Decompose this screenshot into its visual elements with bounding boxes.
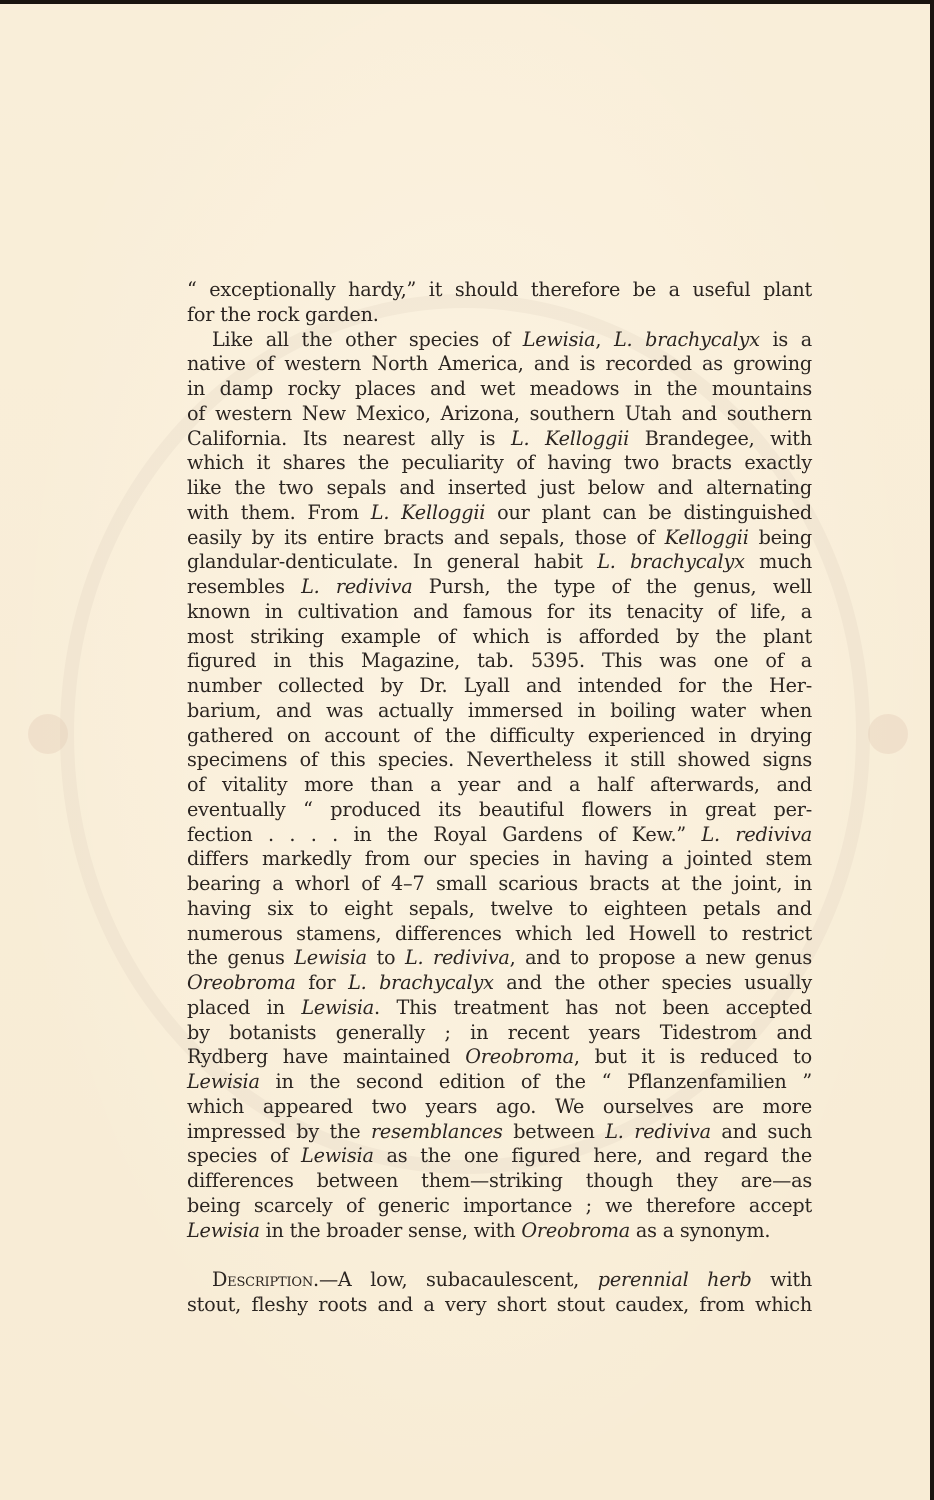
text-run: being scarcely of generic importance ; w… [187,1194,812,1217]
italic-term: L. brachycalyx [597,550,744,573]
text-run: eventually “ produced its beautiful flow… [187,798,812,821]
text-run: easily by its entire bracts and sepals, … [187,526,665,549]
text-run: Rydberg have maintained [187,1045,465,1068]
italic-term: L. rediviva [301,575,412,598]
text-line: which it shares the peculiarity of havin… [187,451,812,476]
text-line: impressed by the resemblances between L.… [187,1120,812,1145]
text-line: glandular-denticulate. In general habit … [187,550,812,575]
text-run: Brandegee, with [629,427,812,450]
text-line: resembles L. rediviva Pursh, the type of… [187,575,812,600]
text-line: known in cultivation and famous for its … [187,600,812,625]
text-run: figured in this Magazine, tab. 5395. Thi… [187,649,812,672]
text-run: placed in [187,996,301,1019]
text-run: , but it is reduced to [574,1045,812,1068]
italic-term: Oreobroma [521,1219,630,1242]
text-line: native of western North America, and is … [187,352,812,377]
text-run: most striking example of which is afford… [187,625,812,648]
text-run: barium, and was actually immersed in boi… [187,699,812,722]
watermark-dot-right [868,714,908,754]
italic-term: Lewisia [301,1144,374,1167]
text-run: differs markedly from our species in hav… [187,847,812,870]
text-line: differences between them—striking though… [187,1169,812,1194]
text-run: in damp rocky places and wet meadows in … [187,377,812,400]
italic-term: L. rediviva [701,823,812,846]
paragraph-gap [187,1243,812,1268]
italic-term: Lewisia [301,996,374,1019]
text-line: Rydberg have maintained Oreobroma, but i… [187,1045,812,1070]
text-line: easily by its entire bracts and sepals, … [187,526,812,551]
text-line: fection . . . . in the Royal Gardens of … [187,823,812,848]
watermark-dot-left [28,714,68,754]
text-run: in the broader sense, with [260,1219,522,1242]
text-run: , [595,328,614,351]
text-line: of western New Mexico, Arizona, southern… [187,402,812,427]
italic-term: L. brachycalyx [614,328,760,351]
text-run: like the two sepals and inserted just be… [187,476,812,499]
text-run: is a [760,328,812,351]
text-run: for the rock garden. [187,303,379,326]
text-line: “ exceptionally hardy,” it should theref… [187,278,812,303]
text-line: California. Its nearest ally is L. Kello… [187,427,812,452]
text-run: native of western North America, and is … [187,352,812,375]
text-run: between [503,1120,606,1143]
text-line: differs markedly from our species in hav… [187,847,812,872]
text-run: California. Its nearest ally is [187,427,511,450]
text-line: number collected by Dr. Lyall and intend… [187,674,812,699]
text-line: numerous stamens, differences which led … [187,922,812,947]
text-line: for the rock garden. [187,303,812,328]
text-line: placed in Lewisia. This treatment has no… [187,996,812,1021]
text-run: differences between them—striking though… [187,1169,812,1192]
text-run: specimens of this species. Nevertheless … [187,748,812,771]
text-line: Like all the other species of Lewisia, L… [187,328,812,353]
italic-term: Lewisia [187,1070,260,1093]
text-line: Lewisia in the second edition of the “ P… [187,1070,812,1095]
body-text: “ exceptionally hardy,” it should theref… [187,278,812,1318]
text-run: .—A low, subacaulescent, [313,1268,598,1291]
text-line: gathered on account of the difficulty ex… [187,724,812,749]
italic-term: L. rediviva [405,946,510,969]
text-line: stout, fleshy roots and a very short sto… [187,1293,812,1318]
text-line: by botanists generally ; in recent years… [187,1021,812,1046]
italic-term: L. brachycalyx [348,971,494,994]
text-run: fection . . . . in the Royal Gardens of … [187,823,701,846]
text-run: Like all the other species of [212,328,523,351]
text-run: having six to eight sepals, twelve to ei… [187,897,812,920]
text-line: which appeared two years ago. We ourselv… [187,1095,812,1120]
text-line: figured in this Magazine, tab. 5395. Thi… [187,649,812,674]
text-run: for [296,971,348,994]
text-line: bearing a whorl of 4–7 small scarious br… [187,872,812,897]
text-run: impressed by the [187,1120,371,1143]
italic-term: Oreobroma [187,971,296,994]
text-run: much [745,550,812,573]
text-run: gathered on account of the difficulty ex… [187,724,812,747]
text-run: with [752,1268,812,1291]
text-run: which it shares the peculiarity of havin… [187,451,812,474]
text-run: and such [711,1120,812,1143]
italic-term: perennial herb [598,1268,752,1291]
text-line: being scarcely of generic importance ; w… [187,1194,812,1219]
text-line: eventually “ produced its beautiful flow… [187,798,812,823]
text-run: our plant can be distinguished [485,501,812,524]
text-run: glandular-denticulate. In general habit [187,550,597,573]
italic-term: resemblances [371,1120,503,1143]
text-line: the genus Lewisia to L. rediviva, and to… [187,946,812,971]
italic-term: Lewisia [523,328,596,351]
text-line: having six to eight sepals, twelve to ei… [187,897,812,922]
text-line: barium, and was actually immersed in boi… [187,699,812,724]
text-run: stout, fleshy roots and a very short sto… [187,1293,812,1316]
text-line: with them. From L. Kelloggii our plant c… [187,501,812,526]
italic-term: Lewisia [187,1219,260,1242]
text-line: most striking example of which is afford… [187,625,812,650]
text-line: specimens of this species. Nevertheless … [187,748,812,773]
text-run: . This treatment has not been accepted [374,996,812,1019]
section-heading: Description [212,1268,313,1291]
scanned-page: “ exceptionally hardy,” it should theref… [0,4,930,1500]
text-run: as a synonym. [630,1219,770,1242]
text-run: and the other species usually [494,971,812,994]
text-line: like the two sepals and inserted just be… [187,476,812,501]
text-line: species of Lewisia as the one figured he… [187,1144,812,1169]
text-run: bearing a whorl of 4–7 small scarious br… [187,872,812,895]
italic-term: Kelloggii [665,526,749,549]
text-run: Pursh, the type of the genus, well [412,575,812,598]
text-run: number collected by Dr. Lyall and intend… [187,674,812,697]
text-run: in the second edition of the “ Pflanzenf… [260,1070,812,1093]
text-run: of western New Mexico, Arizona, southern… [187,402,812,425]
text-run: being [749,526,812,549]
italic-term: Lewisia [294,946,367,969]
text-run: numerous stamens, differences which led … [187,922,812,945]
text-run: to [367,946,405,969]
text-run: of vitality more than a year and a half … [187,773,812,796]
italic-term: Oreobroma [465,1045,574,1068]
text-line: of vitality more than a year and a half … [187,773,812,798]
text-run: as the one figured here, and regard the [374,1144,812,1167]
text-run: resembles [187,575,301,598]
italic-term: L. Kelloggii [511,427,629,450]
text-run: by botanists generally ; in recent years… [187,1021,812,1044]
italic-term: L. rediviva [605,1120,711,1143]
text-run: the genus [187,946,294,969]
italic-term: L. Kelloggii [371,501,485,524]
text-run: with them. From [187,501,371,524]
text-line: Lewisia in the broader sense, with Oreob… [187,1219,812,1244]
text-run: known in cultivation and famous for its … [187,600,812,623]
text-run: which appeared two years ago. We ourselv… [187,1095,812,1118]
text-run: “ exceptionally hardy,” it should theref… [187,278,812,301]
text-run: species of [187,1144,301,1167]
text-run: , and to propose a new genus [510,946,812,969]
text-line: in damp rocky places and wet meadows in … [187,377,812,402]
text-line: Oreobroma for L. brachycalyx and the oth… [187,971,812,996]
text-line: Description.—A low, subacaulescent, pere… [187,1268,812,1293]
